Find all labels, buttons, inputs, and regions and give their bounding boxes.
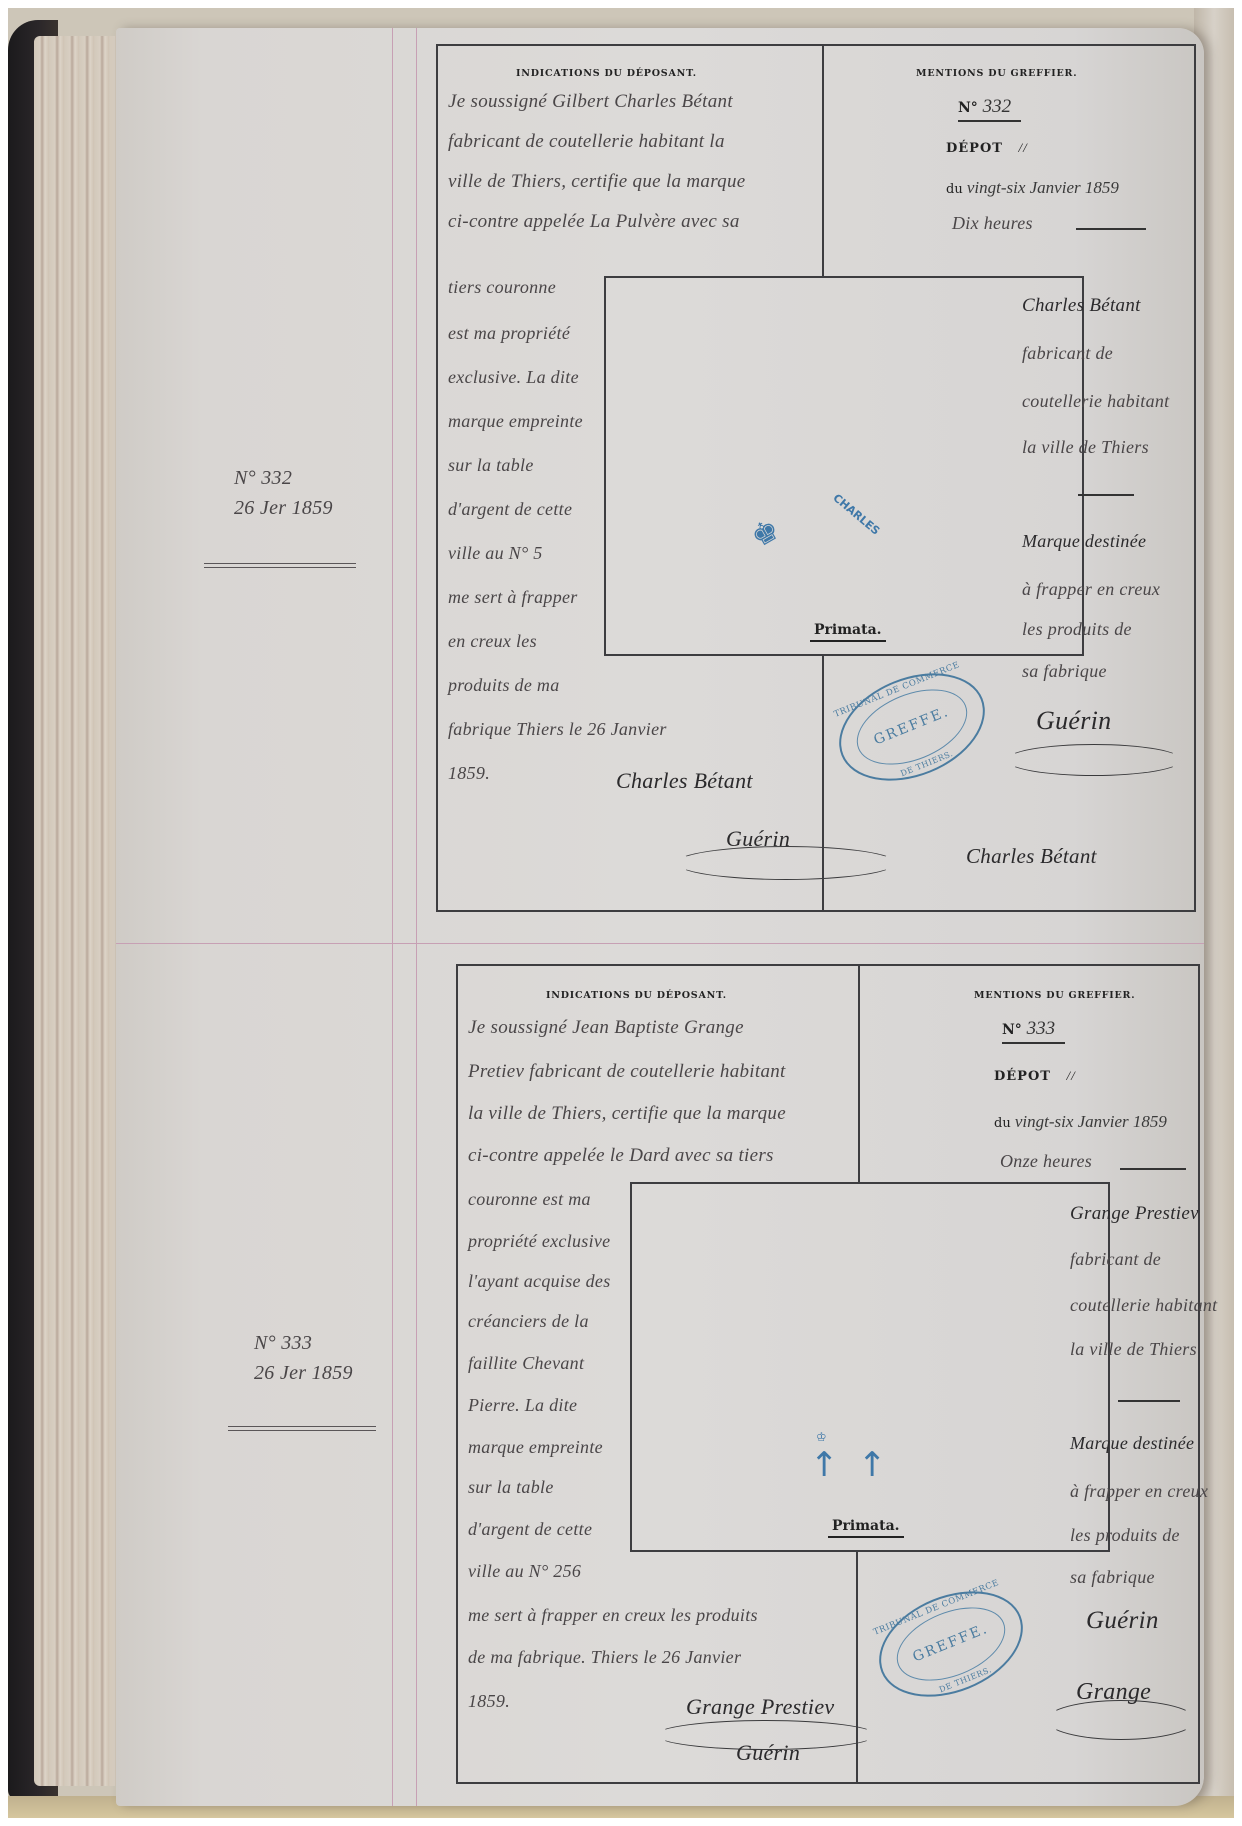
depositant-line: fabrique Thiers le 26 Janvier	[448, 720, 667, 738]
depot-label: DÉPOT //	[946, 140, 1028, 156]
greffier-line: la ville de Thiers	[1070, 1340, 1197, 1358]
depositant-line: en creux les	[448, 632, 537, 650]
greffier-separator	[1118, 1400, 1180, 1402]
margin-rule	[416, 28, 417, 1806]
greffier-line: fabricant de	[1070, 1250, 1161, 1268]
depot-hour: Onze heures	[1000, 1152, 1092, 1170]
depositant-line: faillite Chevant	[468, 1354, 584, 1372]
greffier-line: Grange Prestiev	[1070, 1204, 1199, 1223]
greffier-line: coutellerie habitant	[1070, 1296, 1217, 1314]
margin-date: 26 Jer 1859	[254, 1363, 353, 1383]
depositant-line: propriété exclusive	[468, 1232, 610, 1250]
depositant-line: 1859.	[468, 1692, 510, 1710]
depot-hour: Dix heures	[952, 214, 1033, 232]
primata-label: Primata.	[810, 622, 886, 642]
greffier-signature: Charles Bétant	[966, 846, 1097, 867]
depot-label: DÉPOT //	[994, 1068, 1076, 1084]
entry-number: N° 333	[1002, 1018, 1065, 1044]
marque-line: sa fabrique	[1022, 662, 1107, 680]
clerk-signature: Guérin	[1036, 708, 1111, 734]
depositant-line: me sert à frapper en creux les produits	[468, 1606, 758, 1624]
clerk-signature: Guérin	[1086, 1608, 1159, 1633]
margin-number: N° 333	[254, 1333, 353, 1353]
column-divider	[856, 1552, 858, 1784]
mark-impression-box	[604, 276, 1084, 656]
depositant-line: couronne est ma	[468, 1190, 591, 1208]
register-photograph: N° 332 26 Jer 1859 INDICATIONS DU DÉPOSA…	[8, 8, 1234, 1818]
depositant-line: sur la table	[468, 1478, 554, 1496]
depositant-line: exclusive. La dite	[448, 368, 579, 386]
depositant-line: ville au N° 256	[468, 1562, 581, 1580]
column-divider	[822, 656, 824, 912]
depositant-header: INDICATIONS DU DÉPOSANT.	[546, 990, 727, 1001]
depositant-line: Pretiev fabricant de coutellerie habitan…	[468, 1062, 786, 1081]
entry-separator-rule	[116, 943, 1204, 944]
depositant-line: ci-contre appelée La Pulvère avec sa	[448, 212, 740, 231]
signature-flourish	[1006, 744, 1182, 776]
arrow-mark-icon: ↑	[858, 1448, 887, 1482]
depositant-line: de ma fabrique. Thiers le 26 Janvier	[468, 1648, 741, 1666]
depositant-line: Pierre. La dite	[468, 1396, 577, 1414]
depositant-line: d'argent de cette	[468, 1520, 592, 1538]
mark-impression-box	[630, 1182, 1110, 1552]
depositant-line: fabricant de coutellerie habitant la	[448, 132, 725, 151]
marque-line: Marque destinée	[1070, 1434, 1194, 1452]
margin-note-333: N° 333 26 Jer 1859	[254, 1333, 353, 1383]
depositant-line: d'argent de cette	[448, 500, 572, 518]
margin-double-underline	[204, 563, 356, 568]
greffier-separator	[1078, 494, 1134, 496]
hour-line	[1120, 1168, 1186, 1170]
depositant-line: l'ayant acquise des	[468, 1272, 611, 1290]
marque-line: les produits de	[1022, 620, 1132, 638]
greffier-header: MENTIONS DU GREFFIER.	[916, 68, 1077, 79]
depot-date: du vingt-six Janvier 1859	[946, 178, 1119, 198]
crown-icon: ♔	[816, 1430, 827, 1444]
depositant-line: me sert à frapper	[448, 588, 578, 606]
depositant-line: marque empreinte	[448, 412, 583, 430]
depositant-line: tiers couronne	[448, 278, 556, 296]
primata-label: Primata.	[828, 1518, 904, 1538]
depositant-line: ci-contre appelée le Dard avec sa tiers	[468, 1146, 774, 1165]
depositant-line: Je soussigné Gilbert Charles Bétant	[448, 92, 733, 111]
column-divider	[822, 44, 824, 276]
depositant-line: créanciers de la	[468, 1312, 589, 1330]
marque-line: Marque destinée	[1022, 532, 1146, 550]
marque-line: les produits de	[1070, 1526, 1180, 1544]
hour-line	[1076, 228, 1146, 230]
depositant-header: INDICATIONS DU DÉPOSANT.	[516, 68, 697, 79]
greffier-line: la ville de Thiers	[1022, 438, 1149, 456]
clerk-signature: Guérin	[736, 1742, 800, 1764]
signature-flourish	[1046, 1700, 1196, 1740]
greffier-header: MENTIONS DU GREFFIER.	[974, 990, 1135, 1001]
column-divider	[858, 964, 860, 1182]
depositant-line: est ma propriété	[448, 324, 570, 342]
depositant-line: ville de Thiers, certifie que la marque	[448, 172, 746, 191]
margin-rule	[392, 28, 393, 1806]
entry-number: N° 332	[958, 96, 1021, 122]
depositant-signature: Grange Prestiev	[686, 1696, 834, 1718]
marque-line: à frapper en creux	[1070, 1482, 1208, 1500]
register-page: N° 332 26 Jer 1859 INDICATIONS DU DÉPOSA…	[116, 28, 1204, 1806]
depositant-line: marque empreinte	[468, 1438, 603, 1456]
depositant-line: Je soussigné Jean Baptiste Grange	[468, 1018, 744, 1037]
depositant-line: la ville de Thiers, certifie que la marq…	[468, 1104, 786, 1123]
depot-date: du vingt-six Janvier 1859	[994, 1112, 1167, 1132]
marque-line: sa fabrique	[1070, 1568, 1155, 1586]
greffier-line: fabricant de	[1022, 344, 1113, 362]
depositant-line: sur la table	[448, 456, 534, 474]
depositant-line: ville au N° 5	[448, 544, 543, 562]
margin-double-underline	[228, 1426, 376, 1431]
margin-note-332: N° 332 26 Jer 1859	[234, 468, 333, 518]
crowned-arrow-mark-icon: ↑	[810, 1448, 839, 1482]
greffier-line: coutellerie habitant	[1022, 392, 1169, 410]
margin-date: 26 Jer 1859	[234, 498, 333, 518]
depositant-line: produits de ma	[448, 676, 560, 694]
signature-flourish	[676, 846, 896, 880]
depositant-line: 1859.	[448, 764, 490, 782]
marque-line: à frapper en creux	[1022, 580, 1160, 598]
margin-number: N° 332	[234, 468, 333, 488]
greffier-line: Charles Bétant	[1022, 296, 1141, 315]
depositant-signature: Charles Bétant	[616, 770, 753, 792]
